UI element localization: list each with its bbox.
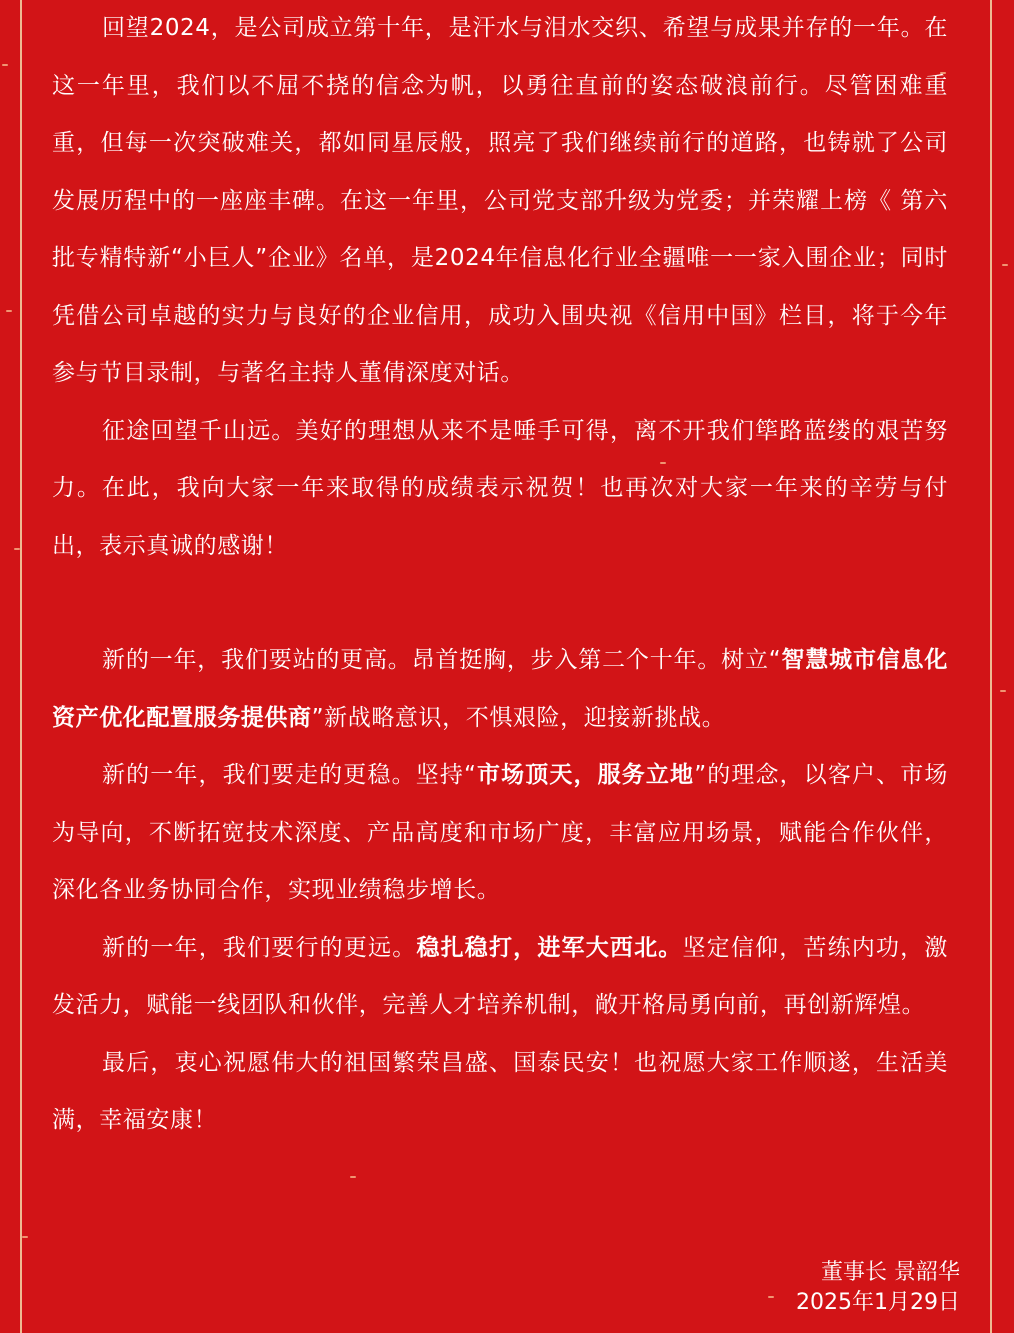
philosophy-highlight: 市场顶天，服务立地 [476,762,694,788]
signer-title-name: 董事长 景韶华 [796,1258,960,1288]
sparkle-decoration [1000,690,1006,692]
sparkle-decoration [6,310,12,312]
paragraph-review-2024: 回望2024，是公司成立第十年，是汗水与泪水交织、希望与成果并存的一年。在这一年… [52,0,948,403]
letter-body: 回望2024，是公司成立第十年，是汗水与泪水交织、希望与成果并存的一年。在这一年… [52,0,948,1150]
sparkle-decoration [1002,264,1008,266]
expansion-highlight: 稳扎稳打，进军大西北。 [416,935,682,961]
sparkle-decoration [14,548,20,550]
paragraph-stand-higher: 新的一年，我们要站的更高。昂首挺胸，步入第二个十年。树立“智慧城市信息化资产优化… [52,632,948,747]
paragraph-gap [52,575,948,632]
sparkle-decoration [350,1176,356,1178]
sparkle-decoration [768,1296,774,1298]
signature-block: 董事长 景韶华 2025年1月29日 [796,1258,960,1318]
paragraph-closing-wishes: 最后，衷心祝愿伟大的祖国繁荣昌盛、国泰民安！也祝愿大家工作顺遂，生活美满，幸福安… [52,1035,948,1150]
sparkle-decoration [2,64,8,66]
signature-date: 2025年1月29日 [796,1288,960,1318]
paragraph-walk-steadier: 新的一年，我们要走的更稳。坚持“市场顶天，服务立地”的理念，以客户、市场为导向，… [52,747,948,920]
paragraph-go-further: 新的一年，我们要行的更远。稳扎稳打，进军大西北。坚定信仰，苦练内功，激发活力，赋… [52,920,948,1035]
sparkle-decoration [22,1236,28,1238]
right-frame-line [990,0,992,1333]
left-frame-line [20,0,22,1333]
paragraph-thanks: 征途回望千山远。美好的理想从来不是唾手可得，离不开我们筚路蓝缕的艰苦努力。在此，… [52,403,948,576]
